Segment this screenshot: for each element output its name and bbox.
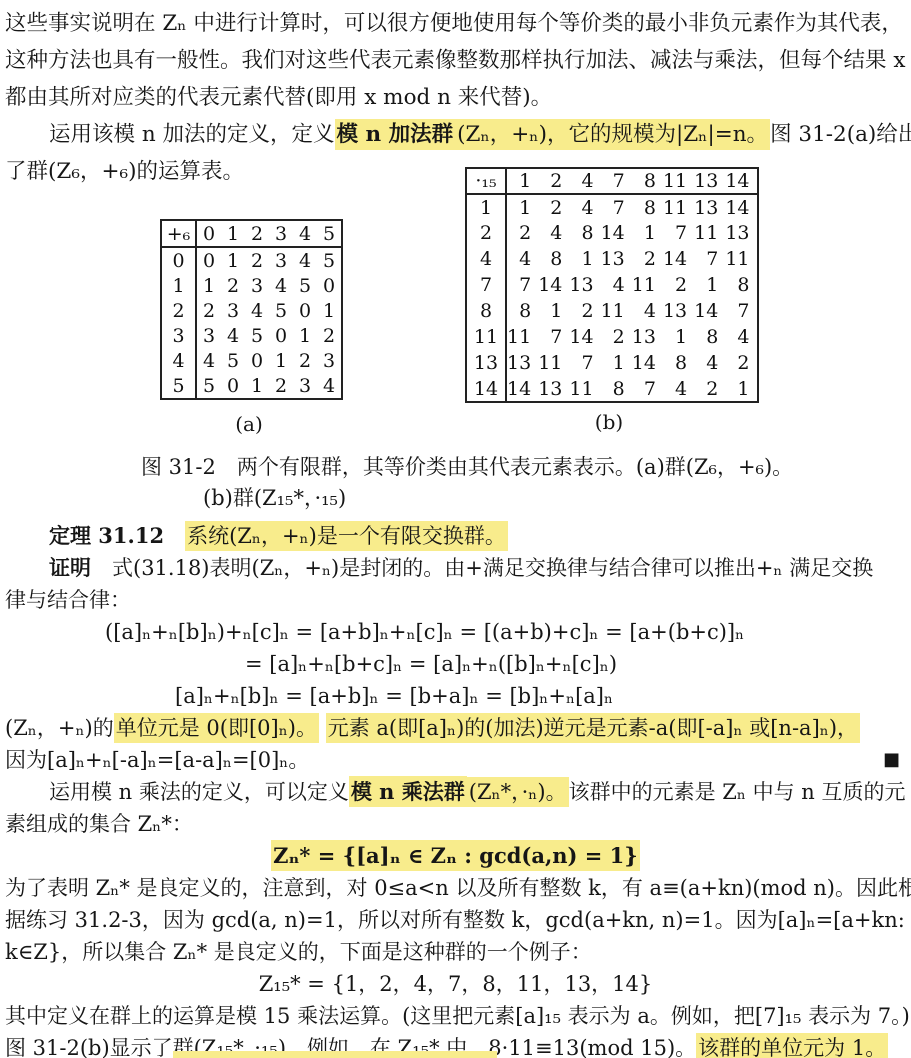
text-line: 了群(Z₆，+₆)的运算表。 — [5, 153, 906, 190]
table-row: 881211413147 — [466, 298, 758, 324]
table-cell: 4 — [293, 247, 317, 273]
text-segment: 证明 — [49, 555, 91, 580]
table-cell: 4 — [221, 323, 245, 348]
text-line: Z₁₅* = {1，2，4，7，8，11，13，14} — [5, 968, 906, 1000]
row-header-cell: 2 — [466, 220, 506, 246]
text-line: k∈Z}，所以集合 Zₙ* 是良定义的，下面是这种群的一个例子： — [5, 936, 906, 968]
table-cell: 7 — [601, 194, 632, 220]
table-cell: 1 — [506, 194, 538, 220]
table-cell: 0 — [317, 273, 342, 298]
row-header-cell: 3 — [161, 323, 196, 348]
highlighted-text: (Zₙ，+ₙ)，它的规模为|Zₙ|=n。 — [455, 119, 770, 150]
table-cell: 4 — [317, 373, 342, 399]
table-cell: 2 — [269, 373, 293, 399]
table-cell: 13 — [569, 272, 600, 298]
table-cell: 2 — [196, 298, 221, 323]
table-b-label: (b) — [465, 410, 753, 434]
table-cell: 13 — [632, 324, 663, 350]
table-cell: 7 — [725, 298, 757, 324]
row-header-cell: 2 — [161, 298, 196, 323]
table-cell: 7 — [694, 246, 725, 272]
table-cell: 11 — [725, 246, 757, 272]
table-row: ·₁₅12478111314 — [466, 168, 758, 194]
operator-corner-cell: +₆ — [161, 220, 196, 247]
table-row: 771413411218 — [466, 272, 758, 298]
table-cell: 1 — [694, 272, 725, 298]
table-cell: 7 — [569, 350, 600, 376]
table-cell: 0 — [245, 348, 269, 373]
table-cell: 14 — [725, 168, 757, 194]
theorem-and-proof: 定理 31.12 系统(Zₙ，+ₙ)是一个有限交换群。证明 式(31.18)表明… — [5, 520, 906, 1058]
text-segment: 这种方法也具有一般性。我们对这些代表元素像整数那样执行加法、减法与乘法，但每个结… — [5, 48, 905, 73]
table-cell: 1 — [269, 348, 293, 373]
table-cell: 1 — [293, 323, 317, 348]
table-row: 5501234 — [161, 373, 342, 399]
table-cell: 1 — [663, 324, 694, 350]
row-header-cell: 13 — [466, 350, 506, 376]
figure-caption-line-1: 图 31-2 两个有限群，其等价类由其代表元素表示。(a)群(Z₆，+₆)。 — [5, 452, 906, 483]
partial-highlight-strip — [173, 1051, 497, 1058]
table-cell: 3 — [269, 220, 293, 247]
text-line: ([a]ₙ+ₙ[b]ₙ)+ₙ[c]ₙ = [a+b]ₙ+ₙ[c]ₙ = [(a+… — [5, 616, 906, 648]
table-cell: 1 — [632, 220, 663, 246]
table-a-label: (a) — [160, 412, 338, 436]
table-cell: 8 — [538, 246, 569, 272]
table-row: 1123450 — [161, 273, 342, 298]
table-cell: 8 — [663, 350, 694, 376]
operator-corner-cell: ·₁₅ — [466, 168, 506, 194]
table-row: 0012345 — [161, 247, 342, 273]
table-cell: 3 — [196, 323, 221, 348]
highlighted-text: 元素 a(即[a]ₙ)的(加法)逆元是元素-a(即[-a]ₙ 或[n-a]ₙ)， — [326, 713, 860, 743]
highlighted-text: 单位元是 0(即[0]ₙ)。 — [114, 713, 319, 743]
table-cell: 0 — [269, 323, 293, 348]
table-cell: 2 — [245, 247, 269, 273]
table-cell: 11 — [694, 220, 725, 246]
table-cell: 4 — [694, 350, 725, 376]
table-row: 2234501 — [161, 298, 342, 323]
table-cell: 2 — [245, 220, 269, 247]
table-cell: 3 — [293, 373, 317, 399]
textbook-page: 这些事实说明在 Zₙ 中进行计算时，可以很方便地使用每个等价类的最小非负元素作为… — [0, 0, 911, 1058]
table-cell: 14 — [632, 350, 663, 376]
table-cell: 0 — [293, 298, 317, 323]
text-segment: 定理 31.12 — [49, 523, 164, 548]
table-cell: 2 — [538, 194, 569, 220]
table-row: 448113214711 — [466, 246, 758, 272]
table-cell: 2 — [506, 220, 538, 246]
table-cell: 11 — [538, 350, 569, 376]
table-cell: 11 — [601, 298, 632, 324]
table-cell: 8 — [632, 168, 663, 194]
table-cell: 7 — [601, 168, 632, 194]
table-row: 1414131187421 — [466, 376, 758, 402]
table-row: 1313117114842 — [466, 350, 758, 376]
row-header-cell: 11 — [466, 324, 506, 350]
table-cell: 1 — [506, 168, 538, 194]
text-segment: 该群中的元素是 Zₙ 中与 n 互质的元 — [569, 780, 906, 804]
text-segment: 了群(Z₆，+₆)的运算表。 — [5, 159, 244, 184]
table-row: 1111714213184 — [466, 324, 758, 350]
table-cell: 1 — [317, 298, 342, 323]
text-line: 运用模 n 乘法的定义，可以定义模 n 乘法群(Zₙ*，·ₙ)。该群中的元素是 … — [5, 776, 906, 808]
table-row: +₆012345 — [161, 220, 342, 247]
highlighted-text: 该群的单位元为 1。 — [696, 1033, 888, 1058]
table-cell: 2 — [317, 323, 342, 348]
table-cell: 4 — [632, 298, 663, 324]
table-row: 3345012 — [161, 323, 342, 348]
table-cell: 7 — [538, 324, 569, 350]
table-cell: 1 — [245, 373, 269, 399]
table-cell: 2 — [601, 324, 632, 350]
table-cell: 14 — [663, 246, 694, 272]
table-cell: 14 — [538, 272, 569, 298]
text-segment: (Zₙ，+ₙ)的 — [5, 716, 114, 740]
table-row: 4450123 — [161, 348, 342, 373]
table-cell: 11 — [632, 272, 663, 298]
table-cell: 8 — [601, 376, 632, 402]
table-cell: 4 — [663, 376, 694, 402]
table-row: 224814171113 — [466, 220, 758, 246]
text-segment: 为了表明 Zₙ* 是良定义的，注意到，对 0≤a<n 以及所有整数 k，有 a≡… — [5, 876, 911, 900]
text-segment: Z₁₅* = {1，2，4，7，8，11，13，14} — [259, 972, 653, 996]
table-cell: 5 — [196, 373, 221, 399]
text-segment: 运用模 n 乘法的定义，可以定义 — [49, 780, 349, 804]
table-cell: 4 — [293, 220, 317, 247]
text-line: Zₙ* = {[a]ₙ ∈ Zₙ : gcd(a,n) = 1} — [5, 840, 906, 872]
text-segment: k∈Z}，所以集合 Zₙ* 是良定义的，下面是这种群的一个例子： — [5, 940, 592, 964]
text-line: = [a]ₙ+ₙ[b+c]ₙ = [a]ₙ+ₙ([b]ₙ+ₙ[c]ₙ) — [5, 648, 906, 680]
table-cell: 1 — [569, 246, 600, 272]
table-cell: 7 — [663, 220, 694, 246]
table-cell: 4 — [538, 220, 569, 246]
table-cell: 8 — [506, 298, 538, 324]
figure-area — [5, 190, 906, 452]
table-cell: 5 — [245, 323, 269, 348]
intro-paragraphs: 这些事实说明在 Zₙ 中进行计算时，可以很方便地使用每个等价类的最小非负元素作为… — [5, 5, 906, 190]
table-cell: 4 — [245, 298, 269, 323]
row-header-cell: 1 — [466, 194, 506, 220]
highlighted-text: 系统(Zₙ，+ₙ)是一个有限交换群。 — [185, 521, 508, 551]
table-cell: 11 — [506, 324, 538, 350]
text-segment: 图 31-2(a)给出 — [770, 122, 911, 147]
table-cell: 11 — [663, 168, 694, 194]
figure-caption-line-2: (b)群(Z₁₅*，·₁₅) — [5, 483, 906, 514]
text-line: 律与结合律： — [5, 584, 906, 616]
text-segment: 素组成的集合 Zₙ*： — [5, 812, 193, 836]
text-line: 这些事实说明在 Zₙ 中进行计算时，可以很方便地使用每个等价类的最小非负元素作为… — [5, 5, 906, 42]
table-cell: 2 — [694, 376, 725, 402]
text-line: 这种方法也具有一般性。我们对这些代表元素像整数那样执行加法、减法与乘法，但每个结… — [5, 42, 906, 79]
text-segment: 据练习 31.2-3，因为 gcd(a, n)=1，所以对所有整数 k，gcd(… — [5, 908, 905, 932]
table-cell: 5 — [317, 247, 342, 273]
text-line: 其中定义在群上的运算是模 15 乘法运算。(这里把元素[a]₁₅ 表示为 a。例… — [5, 1000, 906, 1032]
text-line: 为了表明 Zₙ* 是良定义的，注意到，对 0≤a<n 以及所有整数 k，有 a≡… — [5, 872, 906, 904]
text-line: 据练习 31.2-3，因为 gcd(a, n)=1，所以对所有整数 k，gcd(… — [5, 904, 906, 936]
table-cell: 1 — [538, 298, 569, 324]
text-line: [a]ₙ+ₙ[b]ₙ = [a+b]ₙ = [b+a]ₙ = [b]ₙ+ₙ[a]… — [5, 680, 906, 712]
table-cell: 5 — [269, 298, 293, 323]
table-cell: 13 — [725, 220, 757, 246]
table-cell: 14 — [694, 298, 725, 324]
text-segment: 运用该模 n 加法的定义，定义 — [49, 122, 335, 147]
table-row: 112478111314 — [466, 194, 758, 220]
end-of-proof-marker: ■ — [883, 744, 900, 776]
row-header-cell: 8 — [466, 298, 506, 324]
text-segment: 其中定义在群上的运算是模 15 乘法运算。(这里把元素[a]₁₅ 表示为 a。例… — [5, 1004, 910, 1028]
highlighted-text: Zₙ* = {[a]ₙ ∈ Zₙ : gcd(a,n) = 1} — [271, 840, 640, 871]
text-line: (Zₙ，+ₙ)的单位元是 0(即[0]ₙ)。 元素 a(即[a]ₙ)的(加法)逆… — [5, 712, 906, 744]
table-cell: 1 — [221, 220, 245, 247]
table-cell: 2 — [725, 350, 757, 376]
table-cell: 0 — [196, 220, 221, 247]
text-line: 素组成的集合 Zₙ*： — [5, 808, 906, 840]
text-line: 运用该模 n 加法的定义，定义模 n 加法群(Zₙ，+ₙ)，它的规模为|Zₙ|=… — [5, 116, 906, 153]
row-header-cell: 14 — [466, 376, 506, 402]
table-cell: 2 — [632, 246, 663, 272]
figure-caption: 图 31-2 两个有限群，其等价类由其代表元素表示。(a)群(Z₆，+₆)。 (… — [5, 452, 906, 514]
text-line: 都由其所对应类的代表元素代替(即用 x mod n 来代替)。 — [5, 79, 906, 116]
table-cell: 11 — [663, 194, 694, 220]
highlighted-text: 模 n 加法群 — [335, 119, 456, 150]
table-cell: 2 — [663, 272, 694, 298]
z15-multiplication-table: ·₁₅1247811131411247811131422481417111344… — [465, 167, 759, 403]
table-cell: 4 — [569, 194, 600, 220]
table-cell: 4 — [601, 272, 632, 298]
text-segment: 因为[a]ₙ+ₙ[-a]ₙ=[a-a]ₙ=[0]ₙ。 — [5, 748, 309, 772]
table-cell: 7 — [632, 376, 663, 402]
table-cell: 0 — [196, 247, 221, 273]
highlighted-text: (Zₙ*，·ₙ)。 — [467, 777, 569, 807]
table-cell: 13 — [506, 350, 538, 376]
table-cell: 13 — [694, 168, 725, 194]
table-cell: 3 — [317, 348, 342, 373]
table-cell: 8 — [632, 194, 663, 220]
table-cell: 13 — [663, 298, 694, 324]
text-segment: 式(31.18)表明(Zₙ，+ₙ)是封闭的。由+满足交换律与结合律可以推出+ₙ … — [91, 556, 873, 580]
table-cell: 14 — [569, 324, 600, 350]
highlighted-text: 模 n 乘法群 — [349, 776, 467, 807]
text-segment — [319, 716, 326, 740]
text-segment: 都由其所对应类的代表元素代替(即用 x mod n 来代替)。 — [5, 85, 552, 110]
row-header-cell: 7 — [466, 272, 506, 298]
text-line: 定理 31.12 系统(Zₙ，+ₙ)是一个有限交换群。 — [5, 520, 906, 552]
table-cell: 14 — [506, 376, 538, 402]
table-cell: 2 — [293, 348, 317, 373]
table-cell: 5 — [293, 273, 317, 298]
table-cell: 7 — [506, 272, 538, 298]
table-cell: 4 — [506, 246, 538, 272]
table-cell: 11 — [569, 376, 600, 402]
table-cell: 13 — [694, 194, 725, 220]
table-cell: 3 — [221, 298, 245, 323]
table-cell: 0 — [221, 373, 245, 399]
table-cell: 2 — [221, 273, 245, 298]
table-cell: 13 — [538, 376, 569, 402]
table-cell: 8 — [725, 272, 757, 298]
text-segment: ([a]ₙ+ₙ[b]ₙ)+ₙ[c]ₙ = [a+b]ₙ+ₙ[c]ₙ = [(a+… — [105, 620, 744, 644]
row-header-cell: 4 — [466, 246, 506, 272]
table-cell: 8 — [694, 324, 725, 350]
table-cell: 4 — [569, 168, 600, 194]
table-cell: 14 — [601, 220, 632, 246]
table-cell: 1 — [601, 350, 632, 376]
text-segment: 律与结合律： — [5, 588, 131, 612]
text-segment: 这些事实说明在 Zₙ 中进行计算时，可以很方便地使用每个等价类的最小非负元素作为… — [5, 11, 903, 36]
row-header-cell: 4 — [161, 348, 196, 373]
z6-addition-table: +₆01234500123451123450223450133450124450… — [160, 219, 343, 400]
table-cell: 13 — [601, 246, 632, 272]
row-header-cell: 5 — [161, 373, 196, 399]
table-cell: 14 — [725, 194, 757, 220]
table-cell: 4 — [725, 324, 757, 350]
text-segment — [164, 524, 185, 548]
table-cell: 5 — [221, 348, 245, 373]
row-header-cell: 0 — [161, 247, 196, 273]
text-segment: = [a]ₙ+ₙ[b+c]ₙ = [a]ₙ+ₙ([b]ₙ+ₙ[c]ₙ) — [245, 652, 617, 676]
text-line: 证明 式(31.18)表明(Zₙ，+ₙ)是封闭的。由+满足交换律与结合律可以推出… — [5, 552, 906, 584]
row-header-cell: 1 — [161, 273, 196, 298]
text-line: 因为[a]ₙ+ₙ[-a]ₙ=[a-a]ₙ=[0]ₙ。■ — [5, 744, 906, 776]
table-cell: 5 — [317, 220, 342, 247]
table-cell: 2 — [538, 168, 569, 194]
table-cell: 3 — [245, 273, 269, 298]
table-cell: 1 — [196, 273, 221, 298]
table-cell: 8 — [569, 220, 600, 246]
table-cell: 4 — [269, 273, 293, 298]
table-cell: 3 — [269, 247, 293, 273]
text-segment: [a]ₙ+ₙ[b]ₙ = [a+b]ₙ = [b+a]ₙ = [b]ₙ+ₙ[a]… — [175, 684, 613, 708]
table-cell: 1 — [725, 376, 757, 402]
table-cell: 1 — [221, 247, 245, 273]
table-cell: 4 — [196, 348, 221, 373]
table-cell: 2 — [569, 298, 600, 324]
